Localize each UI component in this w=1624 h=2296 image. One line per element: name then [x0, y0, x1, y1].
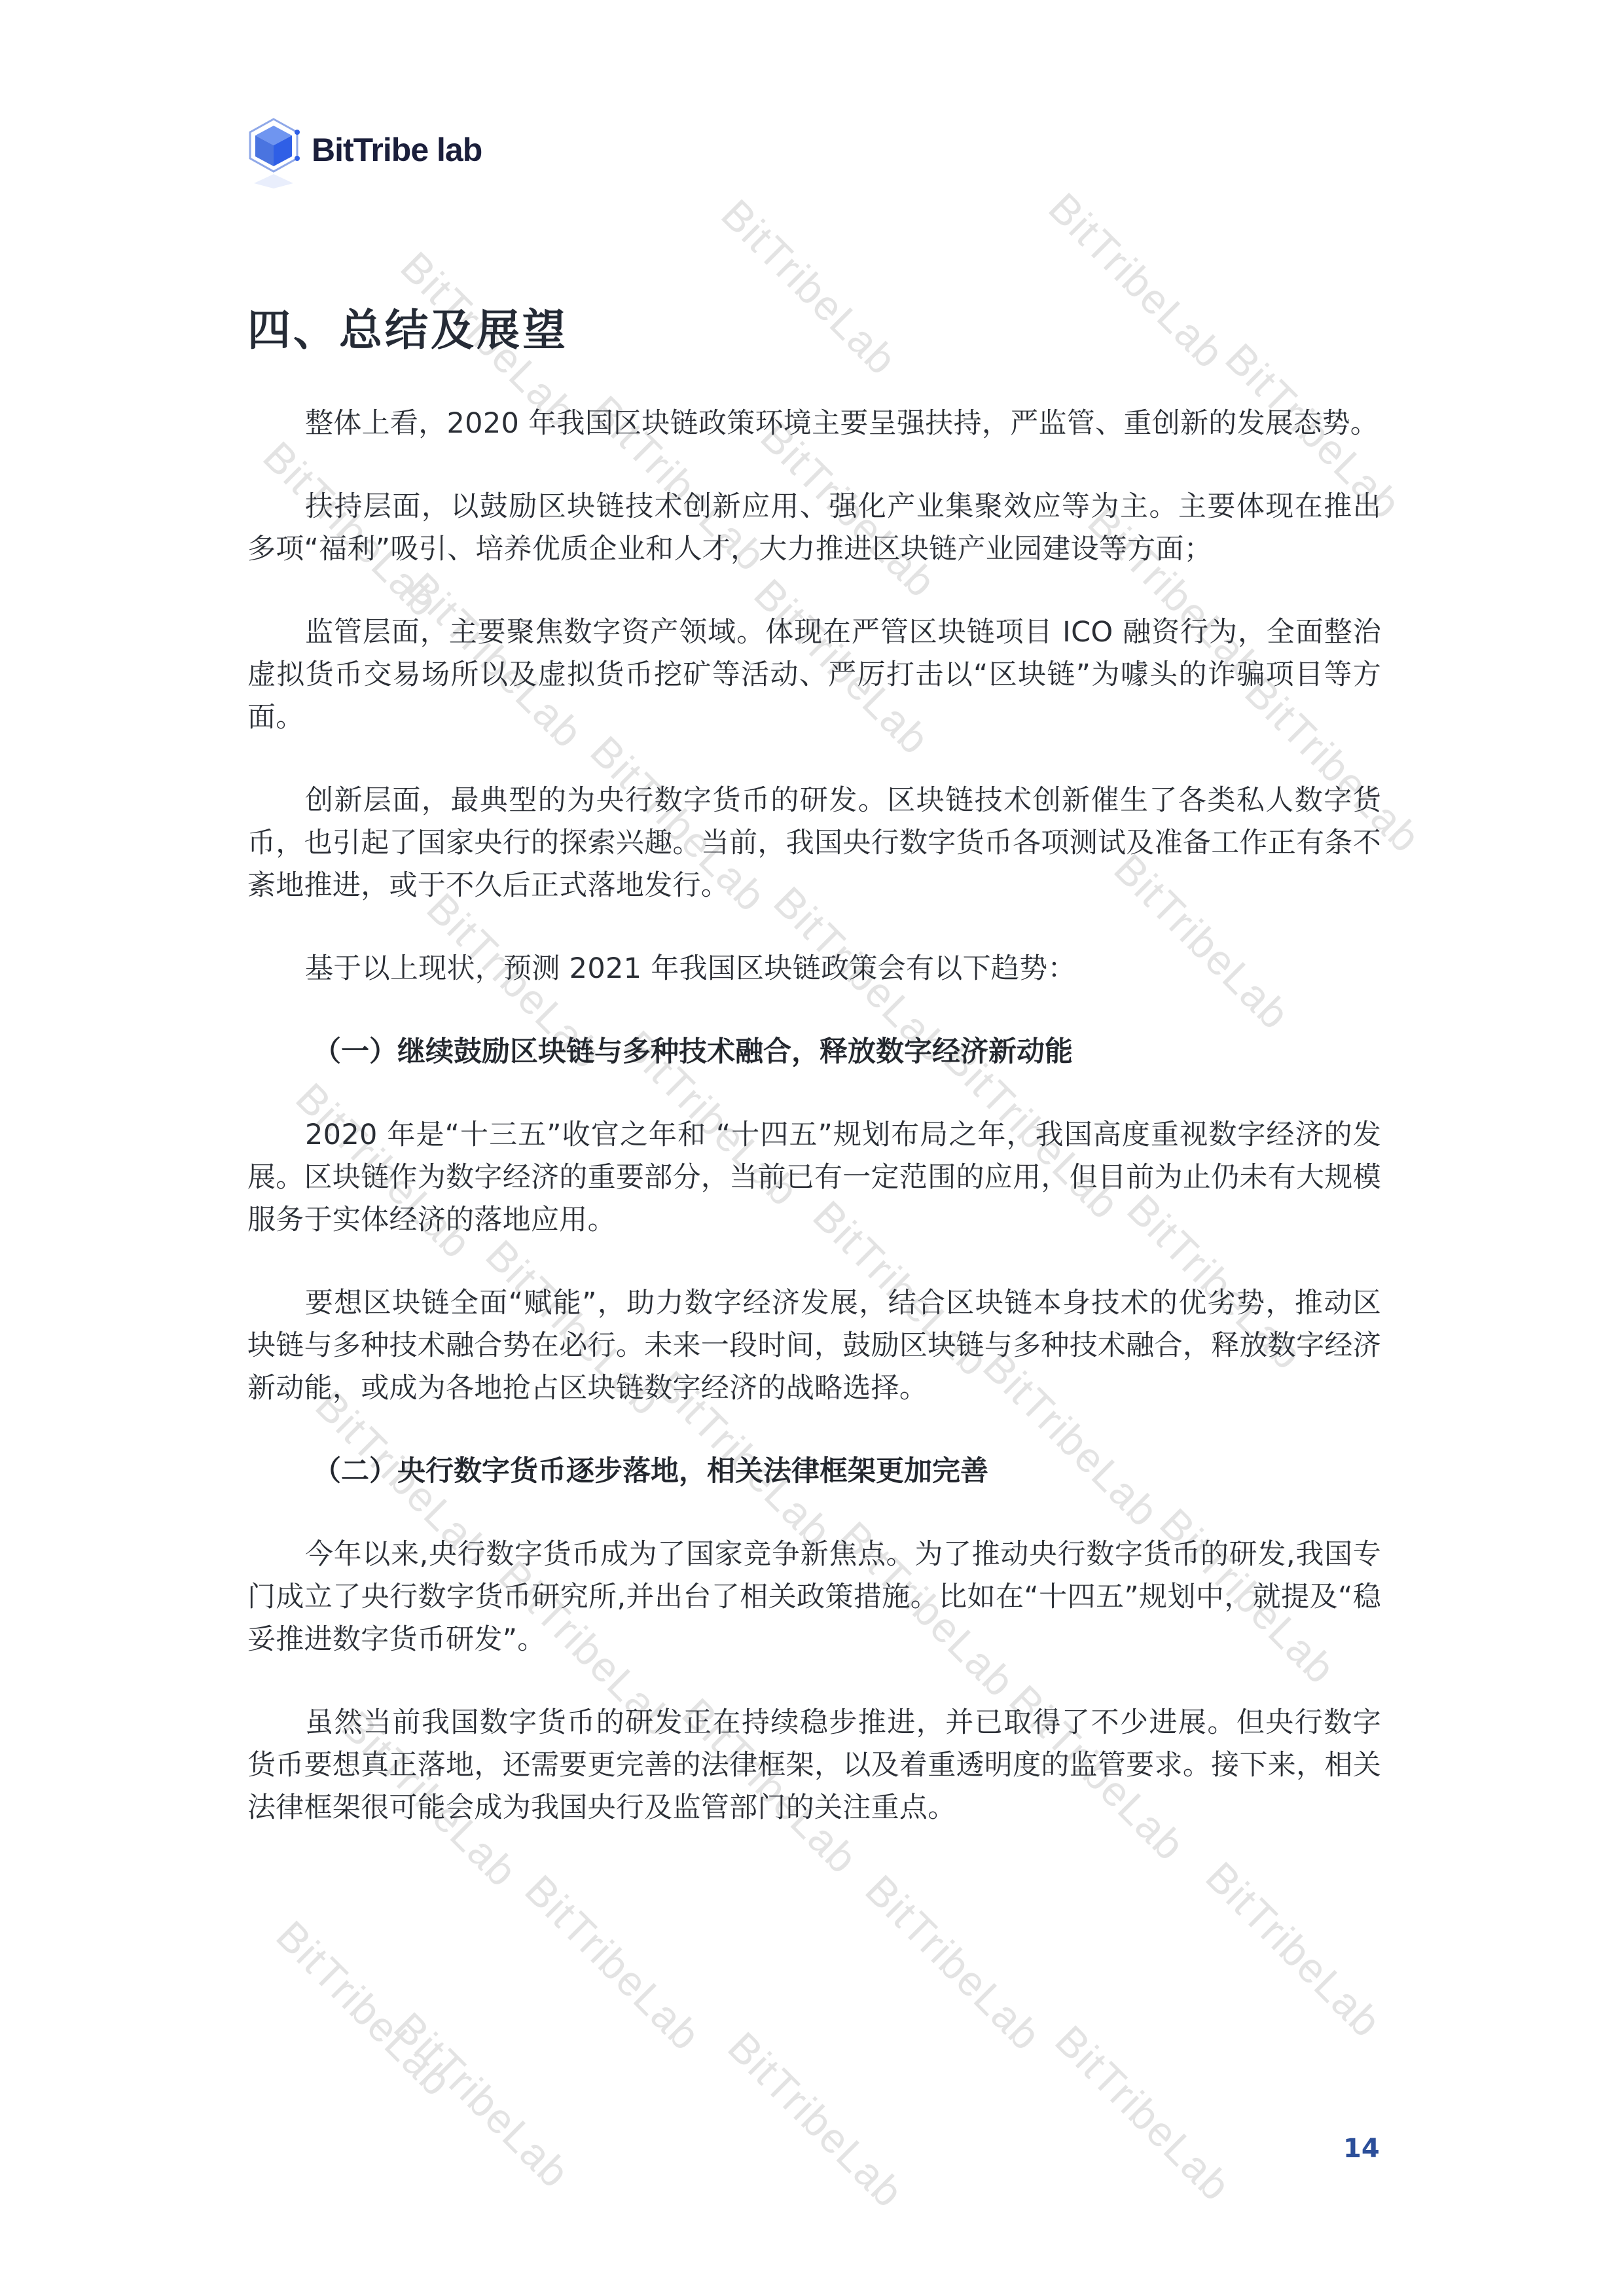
logo-text: BitTribe lab — [312, 131, 482, 169]
subsection-heading: （二）央行数字货币逐步落地，相关法律框架更加完善 — [247, 1450, 1381, 1493]
watermark: BitTribeLab — [719, 2022, 914, 2217]
paragraph: 扶持层面，以鼓励区块链技术创新应用、强化产业集聚效应等为主。主要体现在推出多项“… — [247, 486, 1381, 571]
section-title: 四、总结及展望 — [247, 298, 1381, 363]
watermark: BitTribeLab — [516, 1865, 711, 2060]
watermark: BitTribeLab — [856, 1865, 1051, 2060]
watermark: BitTribeLab — [267, 1911, 462, 2106]
paragraph: 2020 年是“十三五”收官之年和 “十四五”规划布局之年，我国高度重视数字经济… — [247, 1114, 1381, 1242]
document-body: 四、总结及展望 整体上看，2020 年我国区块链政策环境主要呈强扶持，严监管、重… — [247, 298, 1381, 1829]
blue-cube-icon — [247, 118, 300, 190]
paragraph: 虽然当前我国数字货币的研发正在持续稳步推进，并已取得了不少进展。但央行数字货币要… — [247, 1702, 1381, 1829]
paragraph: 要想区块链全面“赋能”，助力数字经济发展，结合区块链本身技术的优劣势，推动区块链… — [247, 1282, 1381, 1410]
watermark: BitTribeLab — [1046, 2016, 1241, 2211]
paragraph: 整体上看，2020 年我国区块链政策环境主要呈强扶持，严监管、重创新的发展态势。 — [247, 403, 1381, 445]
watermark: BitTribeLab — [1197, 1852, 1392, 2047]
page-number: 14 — [1343, 2134, 1380, 2164]
paragraph: 基于以上现状，预测 2021 年我国区块链政策会有以下趋势： — [247, 948, 1381, 990]
subsection-heading: （一）继续鼓励区块链与多种技术融合，释放数字经济新动能 — [247, 1031, 1381, 1073]
brand-logo: BitTribe lab — [247, 118, 482, 190]
paragraph: 创新层面，最典型的为央行数字货币的研发。区块链技术创新催生了各类私人数字货币，也… — [247, 780, 1381, 907]
paragraph: 今年以来,央行数字货币成为了国家竞争新焦点。为了推动央行数字货币的研发,我国专门… — [247, 1534, 1381, 1661]
watermark: BitTribeLab — [385, 2003, 580, 2198]
paragraph: 监管层面，主要聚焦数字资产领域。体现在严管区块链项目 ICO 融资行为，全面整治… — [247, 611, 1381, 739]
